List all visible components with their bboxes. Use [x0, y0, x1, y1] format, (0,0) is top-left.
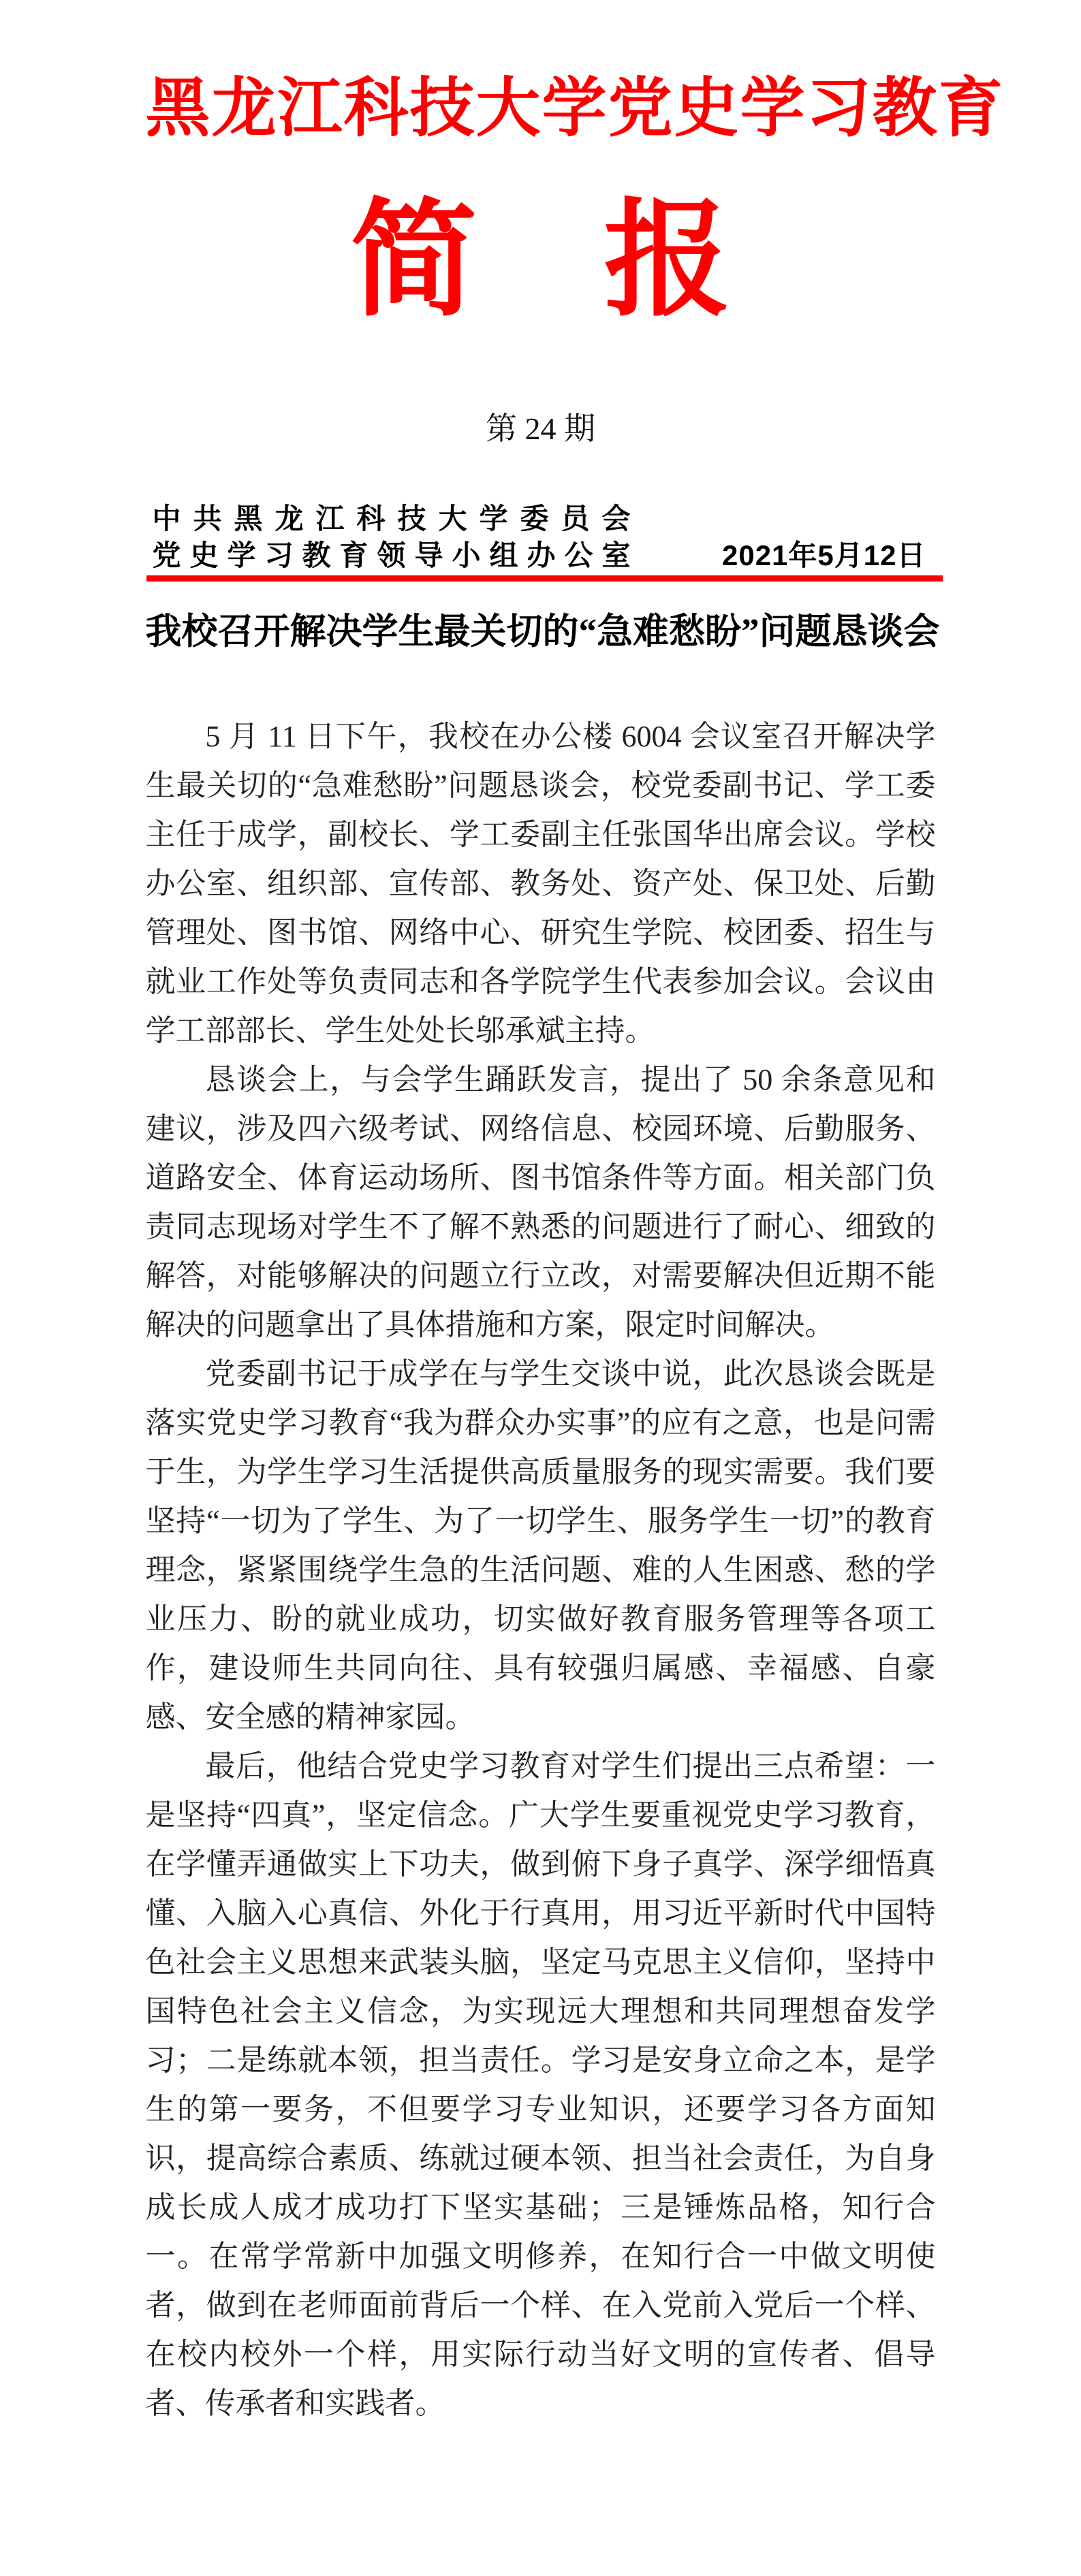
article-paragraph: 5 月 11 日下午，我校在办公楼 6004 会议室召开解决学生最关切的“急难愁… [146, 712, 936, 1055]
article-paragraph: 党委副书记于成学在与学生交谈中说，此次恳谈会既是落实党史学习教育“我为群众办实事… [146, 1350, 936, 1742]
issue-number: 第 24 期 [146, 413, 936, 445]
red-divider-rule [146, 575, 943, 582]
article-title: 我校召开解决学生最关切的“急难愁盼”问题恳谈会 [146, 611, 936, 652]
bulletin-page: 黑龙江科技大学党史学习教育 简 报 第 24 期 中共黑龙江科技大学委员会 党史… [146, 0, 936, 2428]
masthead-title: 黑龙江科技大学党史学习教育 [146, 0, 936, 141]
issuer-committee-line: 中共黑龙江科技大学委员会 [153, 500, 936, 537]
issuer-block: 中共黑龙江科技大学委员会 党史学习教育领导小组办公室 2021年5月12日 [146, 500, 936, 574]
article-paragraph: 最后，他结合党史学习教育对学生们提出三点希望：一是坚持“四真”，坚定信念。广大学… [146, 1742, 936, 2428]
article-paragraph: 恳谈会上，与会学生踊跃发言，提出了 50 余条意见和建议，涉及四六级考试、网络信… [146, 1055, 936, 1350]
issue-date: 2021年5月12日 [722, 537, 926, 574]
article-body: 5 月 11 日下午，我校在办公楼 6004 会议室召开解决学生最关切的“急难愁… [146, 712, 936, 2428]
bulletin-banner: 简 报 [146, 198, 936, 325]
